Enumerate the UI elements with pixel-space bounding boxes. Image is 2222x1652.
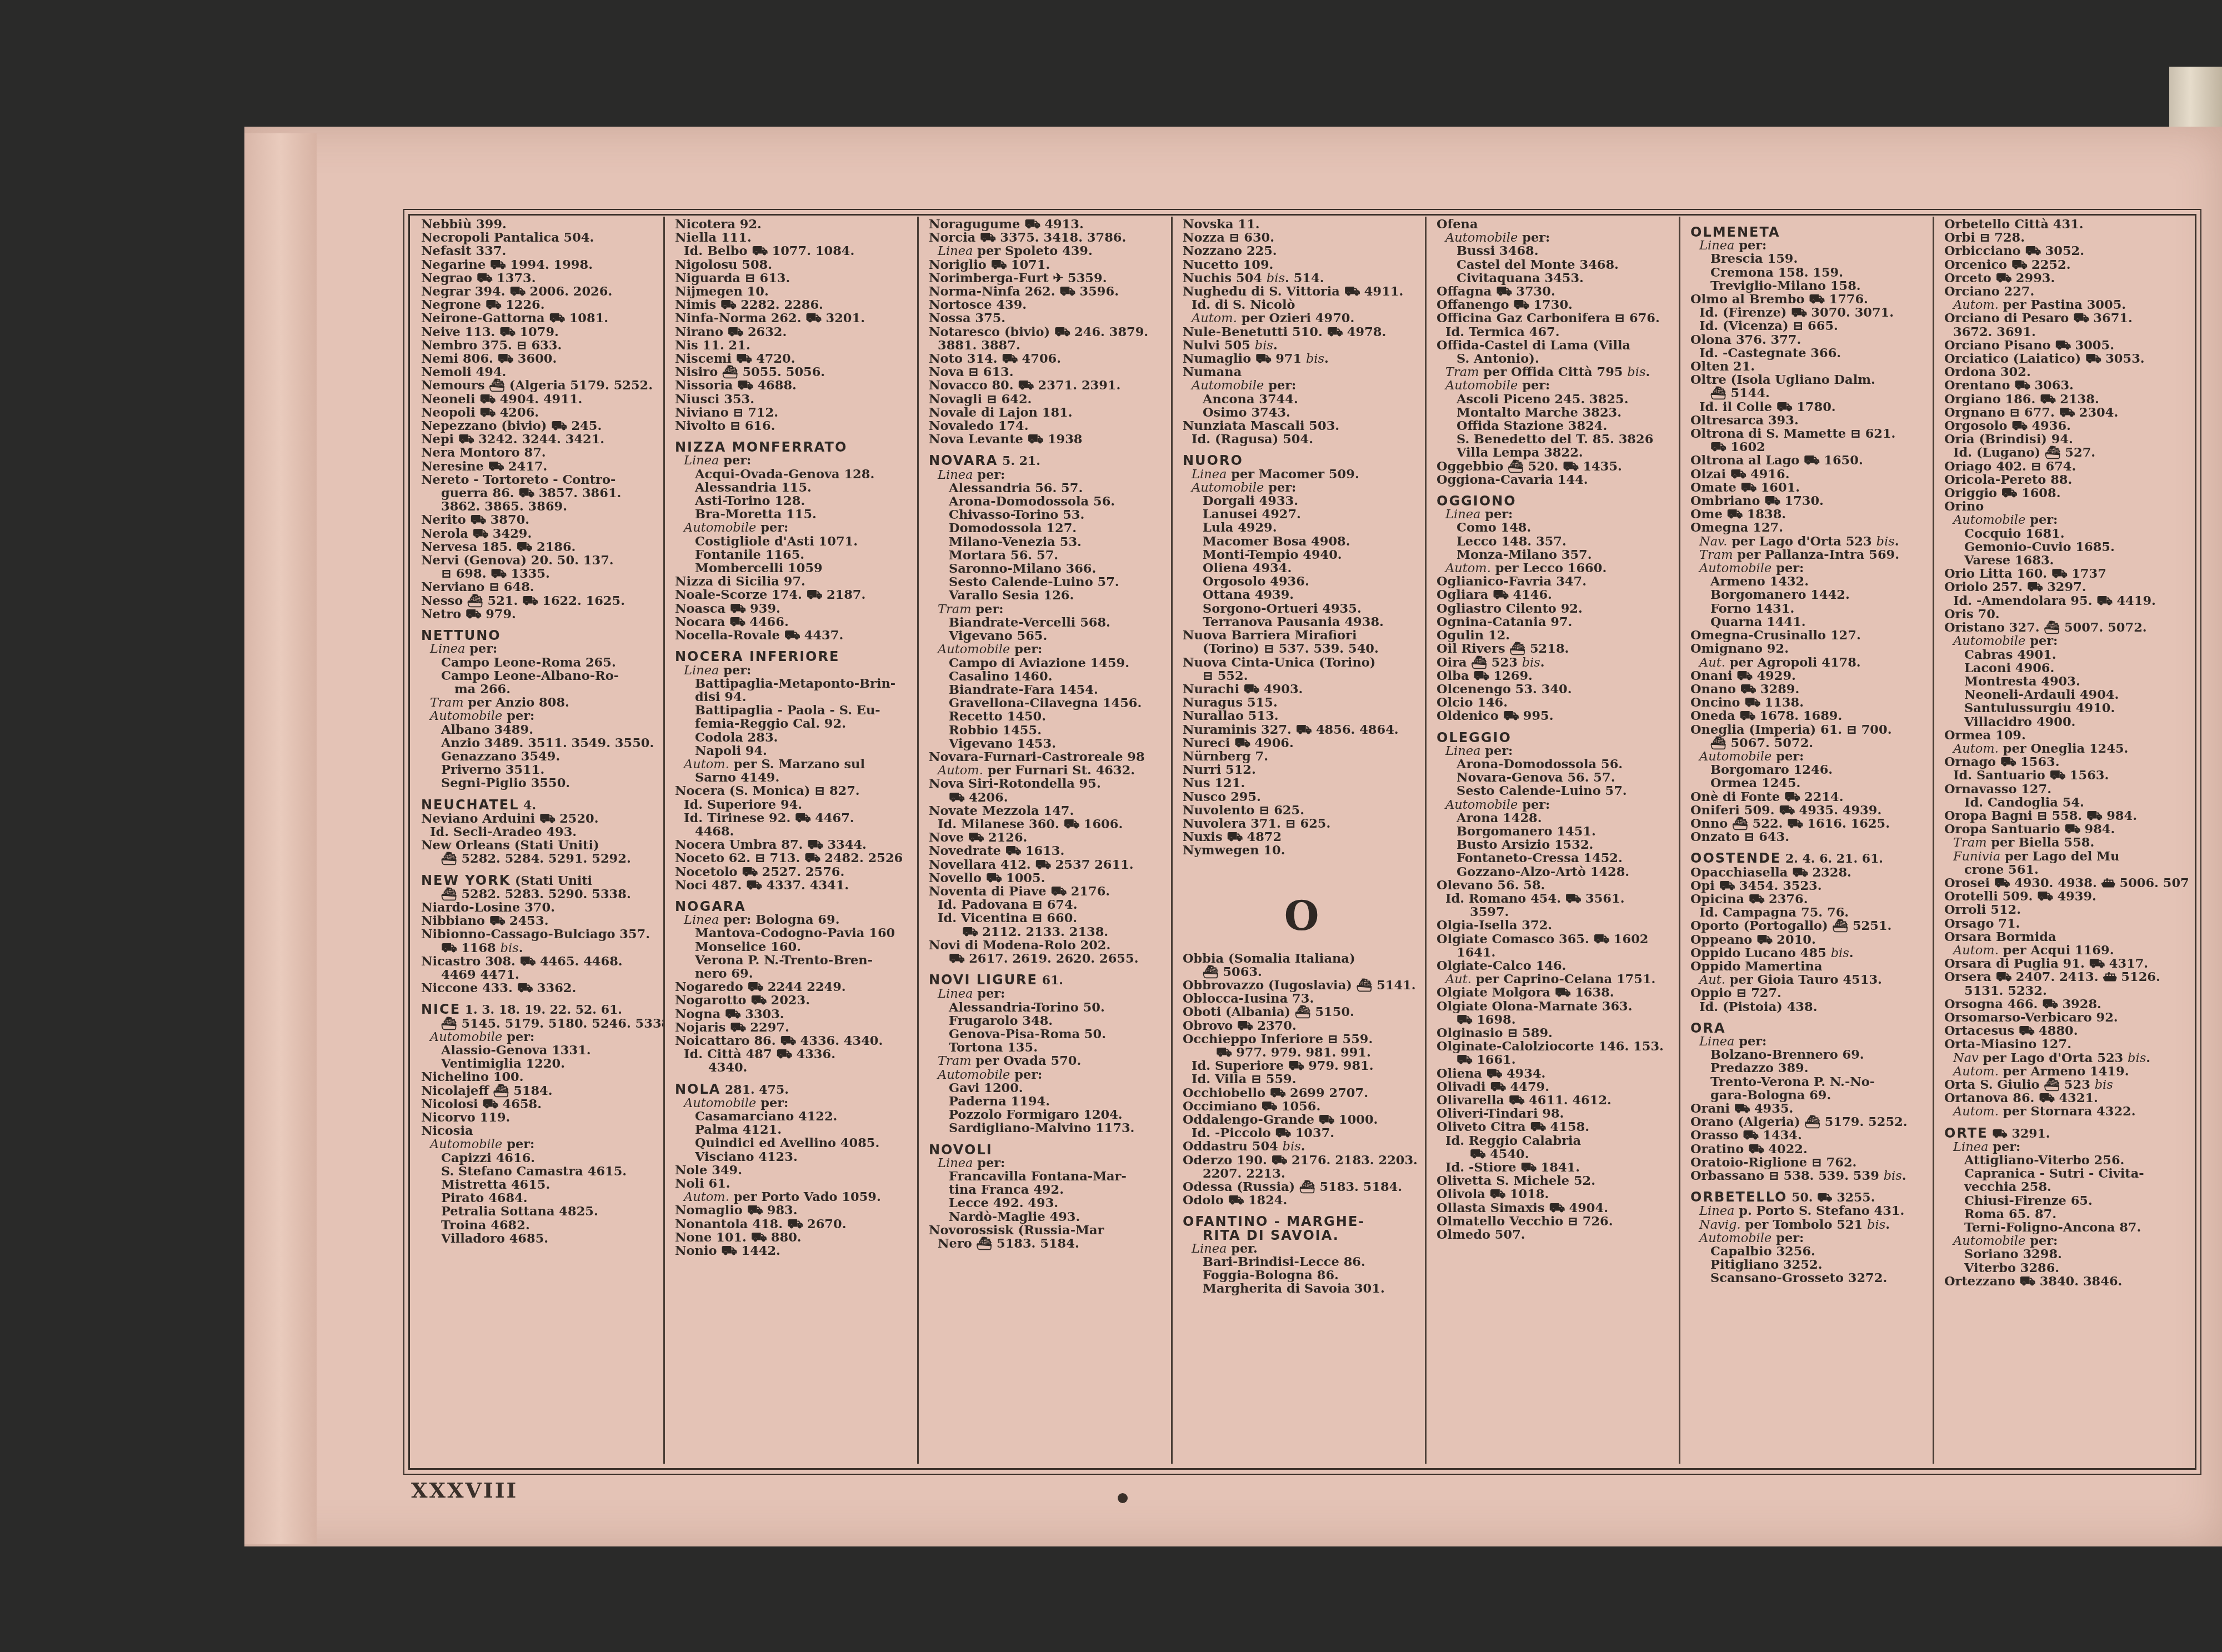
index-entry: Biandrate-Fara 1454. <box>929 683 1167 697</box>
index-entry: Nero ⛴ 5183. 5184. <box>929 1237 1167 1250</box>
bus-icon: ⛟ <box>1227 830 1242 844</box>
index-entry: Noicattaro 86. ⛟ 4336. 4340. <box>675 1034 913 1048</box>
index-entry: Novellara 412. ⛟ 2537 2611. <box>929 858 1167 872</box>
index-entry: Nova Siri-Rotondella 95. <box>929 777 1167 790</box>
index-entry: Automobile per: <box>1437 231 1674 244</box>
index-entry: Onano ⛟ 3289. <box>1690 683 1928 696</box>
index-heading: OLEGGIO <box>1437 731 1674 744</box>
ship-icon: ⛴ <box>1299 1180 1315 1194</box>
index-entry: Villadoro 4685. <box>421 1232 659 1245</box>
index-entry: Tram per Biella 558. <box>1944 836 2184 849</box>
index-entry: Troina 4682. <box>421 1219 659 1232</box>
bus-icon: ⛟ <box>1270 1086 1285 1100</box>
index-entry: Pozzolo Formigaro 1204. <box>929 1108 1167 1122</box>
index-entry: Nureci ⛟ 4906. <box>1183 737 1420 750</box>
bus-icon: ⛟ <box>1784 790 1800 804</box>
bus-icon: ⛟ <box>1237 1019 1253 1033</box>
index-entry: Orino <box>1944 500 2184 513</box>
bus-icon: ⛟ <box>991 258 1007 272</box>
tram-icon: ⊟ <box>1251 1072 1262 1087</box>
index-column-6: OLMENETALinea per:Brescia 159.Cremona 15… <box>1680 217 1934 1464</box>
index-entry: Automobile per: <box>421 1030 659 1044</box>
index-entry: Nicosia <box>421 1124 659 1138</box>
tram-icon: ⊟ <box>1264 642 1274 656</box>
index-entry: S. Antonio). <box>1437 352 1674 366</box>
index-entry: Orio Litta 160. ⛟ 1737 <box>1944 567 2184 580</box>
index-entry: 4340. <box>675 1061 913 1074</box>
index-entry: Automobile per: <box>929 643 1167 656</box>
index-entry: Foggia-Bologna 86. <box>1183 1269 1420 1282</box>
index-entry: Casamarciano 4122. <box>675 1110 913 1123</box>
index-entry: Villacidro 4900. <box>1944 715 2184 729</box>
index-column-3: Noragugume ⛟ 4913.Norcia ⛟ 3375. 3418. 3… <box>919 217 1173 1464</box>
tram-icon: ⊟ <box>489 580 499 594</box>
index-entry: Olivarella ⛟ 4611. 4612. <box>1437 1094 1674 1107</box>
bus-icon: ⛟ <box>780 1034 795 1048</box>
index-entry: Cremona 158. 159. <box>1690 266 1928 279</box>
index-entry: Oppido Mamertina <box>1690 960 1928 973</box>
index-heading: OLMENETA <box>1690 226 1928 239</box>
index-heading: ORTE ⛟ 3291. <box>1944 1127 2184 1140</box>
index-entry: Orotelli 509. ⛟ 4939. <box>1944 890 2184 903</box>
index-entry: Linea per: Bologna 69. <box>675 913 913 927</box>
index-heading: NEUCHATEL 4. <box>421 798 659 812</box>
bus-icon: ⛟ <box>1244 682 1259 697</box>
index-entry: Nepezzano (bivio) ⛟ 245. <box>421 419 659 433</box>
index-entry: Necropoli Pantalica 504. <box>421 231 659 244</box>
bus-icon: ⛟ <box>1496 284 1512 299</box>
index-columns: Nebbiù 399.Necropoli Pantalica 504.Nefas… <box>411 217 2191 1464</box>
index-entry: Orciano di Pesaro ⛟ 3671. <box>1944 312 2184 325</box>
bus-icon: ⛟ <box>1996 970 2011 984</box>
bus-icon: ⛟ <box>1344 284 1360 299</box>
bus-icon: ⛟ <box>752 244 767 258</box>
index-entry: Nichelino 100. <box>421 1070 659 1084</box>
index-entry: Civitaquana 3453. <box>1437 272 1674 285</box>
index-entry: Olgiate Olona-Marnate 363. <box>1437 1000 1674 1013</box>
index-entry: Nicotera 92. <box>675 218 913 231</box>
index-entry: Orta S. Giulio ⛴ 523 bis <box>1944 1078 2184 1092</box>
index-entry: Niviano ⊟ 712. <box>675 406 913 419</box>
index-entry: ⛟ 4540. <box>1437 1148 1674 1161</box>
bus-icon: ⛟ <box>1749 892 1764 907</box>
index-entry: Orbassano ⊟ 538. 539. 539 bis. <box>1690 1169 1928 1183</box>
index-entry: tina Franca 492. <box>929 1183 1167 1197</box>
index-entry: Linea per. <box>1183 1242 1420 1255</box>
index-entry: Noli 61. <box>675 1177 913 1190</box>
index-entry: Id. -Amendolara 95. ⛟ 4419. <box>1944 594 2184 608</box>
bus-icon: ⛟ <box>499 325 515 339</box>
index-entry: Omegna 127. <box>1690 521 1928 534</box>
index-entry: Id. (Firenze) ⛟ 3070. 3071. <box>1690 306 1928 319</box>
index-entry: Alessandria-Torino 50. <box>929 1001 1167 1014</box>
index-entry: Cocquio 1681. <box>1944 527 2184 540</box>
index-entry: Nuvolento ⊟ 625. <box>1183 804 1420 817</box>
index-entry: Petralia Sottana 4825. <box>421 1205 659 1218</box>
bus-icon: ⛟ <box>1549 1201 1564 1215</box>
index-entry: 5131. 5232. <box>1944 984 2184 998</box>
bus-icon: ⛟ <box>2055 338 2070 353</box>
index-entry: Opacchiasella ⛟ 2328. <box>1690 866 1928 879</box>
bus-icon: ⛟ <box>549 311 565 326</box>
index-entry: Oropa Santuario ⛟ 984. <box>1944 823 2184 836</box>
index-entry: Obrovo ⛟ 2370. <box>1183 1019 1420 1033</box>
index-entry: Olgiate Comasco 365. ⛟ 1602 <box>1437 933 1674 946</box>
index-entry: Olmedo 507. <box>1437 1228 1674 1241</box>
index-entry: Linea per: <box>675 454 913 467</box>
tram-icon: ⊟ <box>1032 911 1043 925</box>
index-entry: Id. Città 487 ⛟ 4336. <box>675 1048 913 1061</box>
index-entry: crone 561. <box>1944 863 2184 877</box>
index-entry: Capizzi 4616. <box>421 1152 659 1165</box>
index-entry: Novacco 80. ⛟ 2371. 2391. <box>929 379 1167 392</box>
index-entry: Olivadi ⛟ 4479. <box>1437 1080 1674 1094</box>
ship-icon: ⛴ <box>1357 978 1373 993</box>
bus-icon: ⛟ <box>736 352 752 366</box>
bus-icon: ⛟ <box>1741 480 1756 495</box>
index-heading: NOGARA <box>675 900 913 913</box>
tram-icon: ⊟ <box>1846 723 1857 737</box>
index-entry: Oricola-Pereto 88. <box>1944 473 2184 487</box>
index-entry: Orbicciano ⛟ 3052. <box>1944 244 2184 258</box>
index-entry: Palma 4121. <box>675 1123 913 1137</box>
index-entry: Oriolo 257. ⛟ 3297. <box>1944 580 2184 594</box>
index-entry: Ascoli Piceno 245. 3825. <box>1437 393 1674 406</box>
bus-icon: ⛟ <box>1296 723 1312 737</box>
index-entry: Automobile per: <box>1437 798 1674 812</box>
bus-icon: ⛟ <box>2089 957 2105 971</box>
index-entry: Borgomanero 1442. <box>1690 588 1928 602</box>
index-entry: Olten 21. <box>1690 360 1928 373</box>
bus-icon: ⛟ <box>748 980 763 994</box>
bus-icon: ⛟ <box>2039 1091 2054 1105</box>
index-entry: Campo Leone-Roma 265. <box>421 656 659 669</box>
index-entry: ⛴ 5144. <box>1690 387 1928 400</box>
index-entry: Nardò-Maglie 493. <box>929 1210 1167 1224</box>
index-entry: (Torino) ⊟ 537. 539. 540. <box>1183 642 1420 655</box>
bus-icon: ⛟ <box>968 830 984 845</box>
index-entry: ⛟ 2617. 2619. 2620. 2655. <box>929 952 1167 965</box>
index-entry: Oria (Brindisi) 94. <box>1944 433 2184 446</box>
index-entry: Linea per: <box>421 642 659 655</box>
index-entry: Monza-Milano 357. <box>1437 548 1674 562</box>
bus-icon: ⛟ <box>2025 244 2040 258</box>
bus-icon: ⛟ <box>1764 494 1780 508</box>
index-entry: Offida-Castel di Lama (Villa <box>1437 339 1674 352</box>
index-entry: Id. Superiore 94. <box>675 798 913 812</box>
index-entry: Id. Termica 467. <box>1437 326 1674 339</box>
index-entry: Nemi 806. ⛟ 3600. <box>421 352 659 366</box>
index-entry: Id. -Piccolo ⛟ 1037. <box>1183 1127 1420 1140</box>
index-entry: Autom. per Stornara 4322. <box>1944 1105 2184 1118</box>
index-entry: Nocara ⛟ 4466. <box>675 615 913 629</box>
index-entry: Automobile per: <box>675 521 913 534</box>
index-entry: Lecce 492. 493. <box>929 1197 1167 1210</box>
index-entry: Asti-Torino 128. <box>675 494 913 508</box>
index-column-4: Novska 11.Nozza ⊟ 630.Nozzano 225.Nucett… <box>1173 217 1427 1464</box>
ship-icon: ⛴ <box>1710 736 1726 750</box>
index-entry: Nuova Cinta-Unica (Torino) <box>1183 656 1420 669</box>
index-entry: Ortanova 86. ⛟ 4321. <box>1944 1092 2184 1105</box>
bus-icon: ⛟ <box>1327 325 1343 339</box>
index-entry: Varallo Sesia 126. <box>929 589 1167 602</box>
index-entry: Oppio ⊟ 727. <box>1690 987 1928 1000</box>
index-entry: Terranova Pausania 4938. <box>1183 615 1420 629</box>
index-entry: Visciano 4123. <box>675 1150 913 1164</box>
index-entry: Frugarolo 348. <box>929 1014 1167 1028</box>
bus-icon: ⛟ <box>1509 1093 1524 1108</box>
index-entry: ⛟ 1661. <box>1437 1053 1674 1067</box>
index-entry: Ventimiglia 1220. <box>421 1057 659 1070</box>
index-entry: Orbi ⊟ 728. <box>1944 231 2184 244</box>
index-entry: Automobile per: <box>1690 750 1928 763</box>
index-entry: Id. (Pistoia) 438. <box>1690 1000 1928 1014</box>
bus-icon: ⛟ <box>1024 217 1040 232</box>
bus-icon: ⛟ <box>1776 400 1792 414</box>
index-entry: Monselice 160. <box>675 940 913 954</box>
index-entry: Cabras 4901. <box>1944 648 2184 662</box>
index-entry: Quindici ed Avellino 4085. <box>675 1137 913 1150</box>
index-heading: NIZZA MONFERRATO <box>675 440 913 454</box>
index-entry: Orcenico ⛟ 2252. <box>1944 258 2184 272</box>
index-entry: Numana <box>1183 366 1420 379</box>
index-entry: Nulvi 505 bis. <box>1183 339 1420 352</box>
index-entry: Fontaneto-Cressa 1452. <box>1437 852 1674 865</box>
bus-icon: ⛟ <box>1275 1126 1291 1140</box>
index-entry: Novale di Lajon 181. <box>929 406 1167 419</box>
index-entry: Sesto Calende-Luino 57. <box>929 575 1167 589</box>
index-entry: Novska 11. <box>1183 218 1420 231</box>
index-entry: Obbrovazzo (Iugoslavia) ⛴ 5141. <box>1183 979 1420 992</box>
index-entry: Saronno-Milano 366. <box>929 562 1167 575</box>
index-entry: Mantova-Codogno-Pavia 160 <box>675 927 913 940</box>
index-entry: Roma 65. 87. <box>1944 1208 2184 1221</box>
index-entry: Automobile per: <box>421 709 659 723</box>
index-entry: gara-Bologna 69. <box>1690 1089 1928 1102</box>
index-entry: Osimo 3743. <box>1183 406 1420 419</box>
index-entry: Oblocca-Iusina 73. <box>1183 992 1420 1005</box>
bus-icon: ⛟ <box>2019 1024 2034 1038</box>
index-entry: 2207. 2213. <box>1183 1167 1420 1180</box>
index-entry: Campo Leone-Albano-Ro- <box>421 669 659 683</box>
index-entry: Automobile per: <box>675 1097 913 1110</box>
index-entry: Offagna ⛟ 3730. <box>1437 285 1674 298</box>
index-entry: Verona P. N.-Trento-Bren- <box>675 954 913 967</box>
index-entry: Costigliole d'Asti 1071. <box>675 535 913 548</box>
index-entry: Orsomarso-Verbicaro 92. <box>1944 1011 2184 1024</box>
bus-icon: ⛟ <box>728 325 743 339</box>
index-entry: Oliveto Citra ⛟ 4158. <box>1437 1120 1674 1134</box>
index-entry: Navig. per Tombolo 521 bis. <box>1690 1218 1928 1232</box>
bus-icon: ⛟ <box>1743 1128 1758 1143</box>
bus-icon: ⛟ <box>1594 932 1609 947</box>
index-entry: Niardo-Losine 370. <box>421 901 659 914</box>
bus-icon: ⛟ <box>776 1047 792 1062</box>
index-heading: NETTUNO <box>421 629 659 642</box>
index-entry: Nova ⊟ 613. <box>929 366 1167 379</box>
index-entry: Neirone-Gattorna ⛟ 1081. <box>421 312 659 325</box>
index-entry: Id. Belbo ⛟ 1077. 1084. <box>675 244 913 258</box>
index-entry: Id. Padovana ⊟ 674. <box>929 898 1167 912</box>
index-entry: Fontanile 1165. <box>675 548 913 562</box>
bus-icon: ⛟ <box>517 981 533 995</box>
index-entry: Noceto 62. ⊟ 713. ⛟ 2482. 2526 <box>675 852 913 865</box>
bus-icon: ⛟ <box>498 352 513 366</box>
ship-icon: ⛴ <box>2045 445 2061 460</box>
index-entry: Omignano 92. <box>1690 642 1928 655</box>
bus-icon: ⛟ <box>1470 1147 1485 1162</box>
index-entry: Nus 121. <box>1183 777 1420 790</box>
index-entry: Nemours ⛴ (Algeria 5179. 5252. <box>421 379 659 392</box>
index-entry: Nuraminis 327. ⛟ 4856. 4864. <box>1183 723 1420 737</box>
ship-icon: ⛴ <box>1804 1115 1820 1129</box>
index-entry: Nimis ⛟ 2282. 2286. <box>675 298 913 312</box>
index-entry: Paderna 1194. <box>929 1095 1167 1108</box>
bus-icon: ⛟ <box>2040 392 2055 407</box>
index-entry: Niccone 433. ⛟ 3362. <box>421 982 659 995</box>
index-entry: Ordona 302. <box>1944 366 2184 379</box>
index-entry: Orroli 512. <box>1944 903 2184 917</box>
index-entry: Norma-Ninfa 262. ⛟ 3596. <box>929 285 1167 298</box>
bus-icon: ⛟ <box>1051 884 1067 899</box>
index-entry: Trento-Verona P. N.-No- <box>1690 1075 1928 1089</box>
index-entry: Novello ⛟ 1005. <box>929 872 1167 885</box>
index-heading: NOLA 281. 475. <box>675 1083 913 1097</box>
index-entry: Nuchis 504 bis. 514. <box>1183 272 1420 285</box>
index-entry: Genazzano 3549. <box>421 750 659 763</box>
index-entry: Neoneli ⛟ 4904. 4911. <box>421 393 659 406</box>
index-entry: Bolzano-Brennero 69. <box>1690 1048 1928 1062</box>
bus-icon: ⛟ <box>1996 271 2011 286</box>
index-entry: Nurri 512. <box>1183 763 1420 777</box>
index-entry: Noale-Scorze 174. ⛟ 2187. <box>675 588 913 602</box>
index-entry: Novagli ⊟ 642. <box>929 393 1167 406</box>
index-entry: Arona-Domodossola 56. <box>1437 758 1674 771</box>
index-entry: Oneda ⛟ 1678. 1689. <box>1690 709 1928 723</box>
bus-icon: ⛟ <box>1994 876 2010 890</box>
index-entry: Bussi 3468. <box>1437 244 1674 258</box>
index-entry: 3862. 3865. 3869. <box>421 500 659 513</box>
index-entry: Orsara di Puglia 91. ⛟ 4317. <box>1944 957 2184 970</box>
index-entry: New Orleans (Stati Uniti) <box>421 839 659 852</box>
index-entry: Montalto Marche 3823. <box>1437 406 1674 419</box>
index-entry: Oil Rivers ⛴ 5218. <box>1437 642 1674 655</box>
index-entry: Ninfa-Norma 262. ⛟ 3201. <box>675 312 913 325</box>
index-entry: Olzai ⛟ 4916. <box>1690 468 1928 481</box>
index-entry: Neresine ⛟ 2417. <box>421 460 659 473</box>
index-entry: Borgomanero 1451. <box>1437 825 1674 838</box>
bus-icon: ⛟ <box>482 1097 498 1112</box>
bus-icon: ⛟ <box>441 941 457 955</box>
index-entry: Id. -Stiore ⛟ 1841. <box>1437 1161 1674 1174</box>
index-entry: Ormea 1245. <box>1690 777 1928 790</box>
index-entry: Lula 4929. <box>1183 521 1420 534</box>
index-entry: Ogliastro Cilento 92. <box>1437 602 1674 615</box>
tram-icon: ⊟ <box>517 338 527 353</box>
ship-icon: ⛴ <box>2044 620 2060 635</box>
bus-icon: ⛟ <box>471 513 486 527</box>
bus-icon: ⛟ <box>986 871 1002 885</box>
index-heading: RITA DI SAVOIA. <box>1183 1229 1420 1242</box>
index-entry: Oliveri-Tindari 98. <box>1437 1107 1674 1120</box>
index-entry: Oniferi 509. ⛟ 4935. 4939. <box>1690 804 1928 817</box>
index-entry: Gravellona-Cilavegna 1456. <box>929 697 1167 710</box>
index-entry: Novara-Furnari-Castroreale 98 <box>929 750 1167 764</box>
index-entry: Pirato 4684. <box>421 1192 659 1205</box>
index-entry: Id. Santuario ⛟ 1563. <box>1944 769 2184 782</box>
index-entry: Id. Campagna 75. 76. <box>1690 906 1928 919</box>
bus-icon: ⛟ <box>1028 432 1043 447</box>
tram-icon: ⊟ <box>1793 319 1803 333</box>
index-entry: Sardigliano-Malvino 1173. <box>929 1122 1167 1135</box>
bus-icon: ⛟ <box>750 993 766 1008</box>
index-entry: Olginasio ⊟ 589. <box>1437 1027 1674 1040</box>
index-entry: Orta-Miasino 127. <box>1944 1038 2184 1051</box>
index-entry: Norimberga-Furt ✈ 5359. <box>929 272 1167 285</box>
index-entry: Opicina ⛟ 2376. <box>1690 893 1928 906</box>
index-heading: OOSTENDE 2. 4. 6. 21. 61. <box>1690 852 1928 865</box>
index-entry: Ortacesus ⛟ 4880. <box>1944 1024 2184 1038</box>
tram-icon: ⊟ <box>1744 830 1755 844</box>
index-entry: Napoli 94. <box>675 744 913 758</box>
index-entry: Nojaris ⛟ 2297. <box>675 1021 913 1034</box>
index-entry: Oltresarca 393. <box>1690 414 1928 427</box>
index-entry: Mistretta 4615. <box>421 1178 659 1192</box>
index-entry: Oncino ⛟ 1138. <box>1690 696 1928 709</box>
index-entry: Linea per: <box>1690 1035 1928 1048</box>
bus-icon: ⛟ <box>1520 1160 1536 1175</box>
index-entry: Niscemi ⛟ 4720. <box>675 352 913 366</box>
index-entry: Nirano ⛟ 2632. <box>675 326 913 339</box>
index-entry: Orosei ⛟ 4930. 4938. ⛴ 5006. 5072 <box>1944 877 2184 890</box>
index-entry: Nibionno-Cassago-Bulciago 357. <box>421 928 659 941</box>
bus-icon: ⛟ <box>795 811 810 825</box>
index-entry: Borgomaro 1246. <box>1690 763 1928 777</box>
index-entry: 1641. <box>1437 946 1674 959</box>
bus-icon: ⛟ <box>1059 284 1075 299</box>
index-entry: Tram per Ovada 570. <box>929 1054 1167 1068</box>
index-entry: Ornavasso 127. <box>1944 783 2184 796</box>
index-entry: Niusci 353. <box>675 393 913 406</box>
index-entry: Forno 1431. <box>1690 602 1928 615</box>
index-entry: Automobile per: <box>1183 481 1420 494</box>
index-entry: Tram per Pallanza-Intra 569. <box>1690 548 1928 562</box>
bus-icon: ⛟ <box>1736 669 1752 683</box>
index-entry: Nav per Lago d'Orta 523 bis. <box>1944 1052 2184 1065</box>
bus-icon: ⛟ <box>522 594 538 608</box>
bus-icon: ⛟ <box>730 602 745 616</box>
bus-icon: ⛟ <box>2001 486 2017 500</box>
index-entry: Sarno 4149. <box>675 771 913 784</box>
index-column-7: Orbetello Città 431.Orbi ⊟ 728.Orbiccian… <box>1934 217 2188 1464</box>
index-entry: Battipaglia - Paola - S. Eu- <box>675 704 913 717</box>
bus-icon: ⛟ <box>962 925 978 939</box>
index-entry: Oltrona al Lago ⛟ 1650. <box>1690 454 1928 467</box>
tram-icon: ⊟ <box>1850 427 1861 441</box>
index-entry: Id. Superiore ⛟ 979. 981. <box>1183 1059 1420 1073</box>
index-entry: Orciano 227. <box>1944 285 2184 298</box>
bus-icon: ⛟ <box>1216 1045 1232 1060</box>
ship-icon: ⛴ <box>2101 876 2115 890</box>
index-entry: Noto 314. ⛟ 4706. <box>929 352 1167 366</box>
index-entry: Oltre (Isola Ugliano Dalm. <box>1690 373 1928 387</box>
index-entry: Aut. per Gioia Tauro 4513. <box>1690 973 1928 987</box>
bus-icon: ⛟ <box>1005 844 1021 858</box>
index-entry: Id. (Lugano) ⛴ 527. <box>1944 446 2184 459</box>
index-entry: ⛟ 1168 bis. <box>421 942 659 955</box>
index-entry: 3597. <box>1437 905 1674 919</box>
index-entry: Monti-Tempio 4940. <box>1183 548 1420 562</box>
